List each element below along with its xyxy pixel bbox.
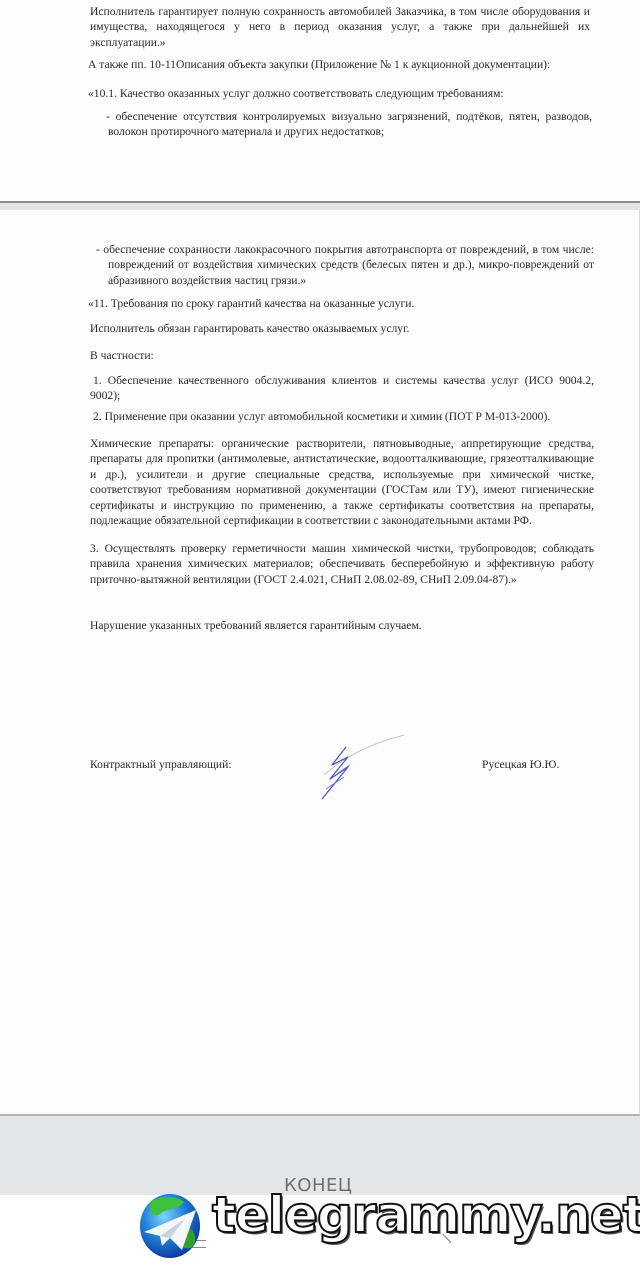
- violation-text: Нарушение указанных требований является …: [90, 618, 610, 633]
- signatory-role: Контрактный управляющий:: [90, 757, 232, 772]
- bullet-paint-protection: - обеспечение сохранности лакокрасочного…: [96, 242, 594, 288]
- telegram-globe-icon: [138, 1188, 202, 1260]
- bullet-no-contamination: - обеспечение отсутствия контролируемых …: [108, 109, 592, 140]
- paragraph-guarantee: Исполнитель гарантирует полную сохраннос…: [90, 4, 590, 50]
- in-particular-label: В частности:: [90, 348, 610, 363]
- paragraph-also: А также пп. 10-11Описания объекта закупк…: [88, 57, 608, 72]
- watermark-text: telegrammy.net: [212, 1186, 640, 1244]
- document-page-2: - обеспечение сохранности лакокрасочного…: [0, 210, 640, 1116]
- signature-icon: [318, 733, 408, 803]
- obligation-text: Исполнитель обязан гарантировать качеств…: [90, 321, 610, 336]
- clause-10-1: «10.1. Качество оказанных услуг должно с…: [88, 86, 608, 101]
- document-page-1: Исполнитель гарантирует полную сохраннос…: [0, 0, 640, 203]
- chemicals-paragraph: Химические препараты: органические раств…: [90, 436, 594, 528]
- signatory-name: Русецкая Ю.Ю.: [482, 757, 559, 772]
- item-2: 2. Применение при оказании услуг автомоб…: [93, 409, 613, 424]
- item-1: 1. Обеспечение качественного обслуживани…: [90, 373, 594, 404]
- clause-11: «11. Требования по сроку гарантий качест…: [88, 296, 608, 311]
- item-3: 3. Осуществлять проверку герметичности м…: [90, 541, 594, 587]
